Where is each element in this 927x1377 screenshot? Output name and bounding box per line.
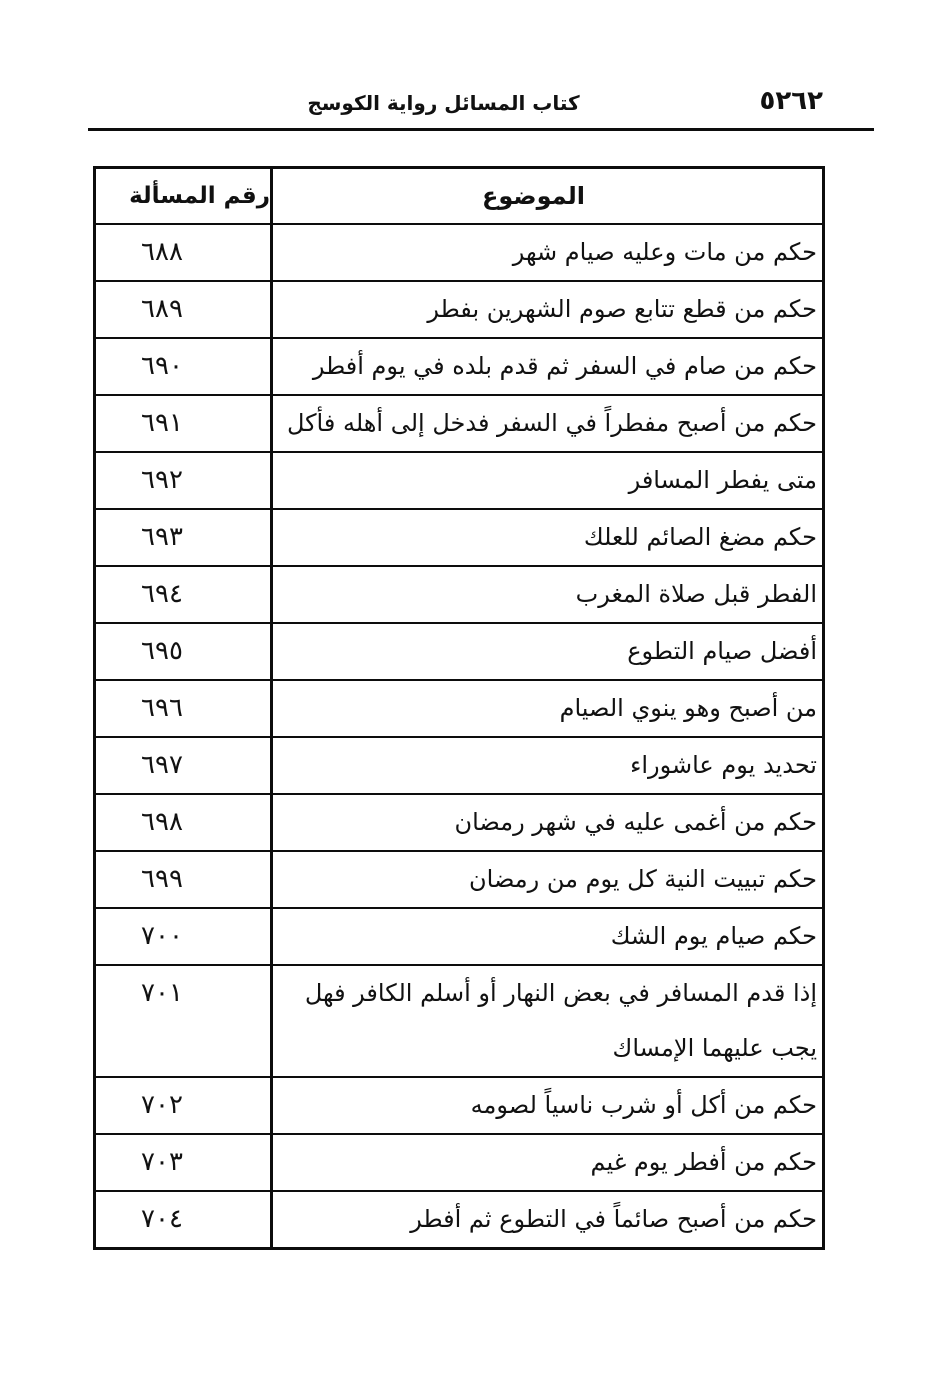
- issue-topic: حكم من أغمى عليه في شهر رمضان: [273, 795, 822, 850]
- issue-topic: حكم من صام في السفر ثم قدم بلده في يوم أ…: [273, 339, 822, 394]
- issue-topic: الفطر قبل صلاة المغرب: [273, 567, 822, 622]
- table-row: ٧٠٣ حكم من أفطر يوم غيم: [96, 1133, 822, 1190]
- table-row: ٧٠٢ حكم من أكل أو شرب ناسياً لصومه: [96, 1076, 822, 1133]
- table-row: ٦٩١ حكم من أصبح مفطراً في السفر فدخل إلى…: [96, 394, 822, 451]
- issue-number: ٦٩٧: [96, 738, 273, 793]
- issue-number: ٦٩٥: [96, 624, 273, 679]
- table-row: ٦٩٠ حكم من صام في السفر ثم قدم بلده في ي…: [96, 337, 822, 394]
- table-row: ٦٩٤ الفطر قبل صلاة المغرب: [96, 565, 822, 622]
- issue-number: ٦٩١: [96, 396, 273, 451]
- toc-table: رقم المسألة الموضوع ٦٨٨ حكم من مات وعليه…: [93, 166, 825, 1250]
- issue-number: ٧٠٠: [96, 909, 273, 964]
- issue-number: ٦٩٤: [96, 567, 273, 622]
- issue-number: ٧٠٤: [96, 1192, 273, 1247]
- issue-number: ٦٨٨: [96, 225, 273, 280]
- issue-number: ٦٩٩: [96, 852, 273, 907]
- table-row: ٦٩٩ حكم تبييت النية كل يوم من رمضان: [96, 850, 822, 907]
- issue-topic: حكم من أصبح مفطراً في السفر فدخل إلى أهل…: [273, 396, 822, 451]
- scanned-book-page: ٥٢٦٢ كتاب المسائل رواية الكوسج رقم المسأ…: [0, 0, 927, 1377]
- issue-topic: حكم تبييت النية كل يوم من رمضان: [273, 852, 822, 907]
- issue-topic: من أصبح وهو ينوي الصيام: [273, 681, 822, 736]
- issue-number: ٦٩٨: [96, 795, 273, 850]
- issue-number: ٦٩٠: [96, 339, 273, 394]
- column-header-topic: الموضوع: [273, 169, 822, 223]
- issue-topic: حكم من أفطر يوم غيم: [273, 1135, 822, 1190]
- table-row: ٧٠٤ حكم من أصبح صائماً في التطوع ثم أفطر: [96, 1190, 822, 1247]
- table-row: ٦٨٩ حكم من قطع تتابع صوم الشهرين بفطر: [96, 280, 822, 337]
- table-row: ٦٩٧ تحديد يوم عاشوراء: [96, 736, 822, 793]
- header-divider-rule: [88, 128, 874, 131]
- table-row: ٧٠٠ حكم صيام يوم الشك: [96, 907, 822, 964]
- issue-topic: حكم من قطع تتابع صوم الشهرين بفطر: [273, 282, 822, 337]
- book-title: كتاب المسائل رواية الكوسج: [0, 88, 887, 118]
- table-row: ٦٩٦ من أصبح وهو ينوي الصيام: [96, 679, 822, 736]
- table-header-row: رقم المسألة الموضوع: [96, 169, 822, 223]
- issue-number: ٧٠٢: [96, 1078, 273, 1133]
- issue-topic: حكم من أكل أو شرب ناسياً لصومه: [273, 1078, 822, 1133]
- issue-number: ٦٩٣: [96, 510, 273, 565]
- issue-number: ٦٩٢: [96, 453, 273, 508]
- table-row: ٧٠١ إذا قدم المسافر في بعض النهار أو أسل…: [96, 964, 822, 1076]
- column-header-issue-number: رقم المسألة: [96, 169, 273, 223]
- issue-topic: أفضل صيام التطوع: [273, 624, 822, 679]
- issue-topic: حكم من مات وعليه صيام شهر: [273, 225, 822, 280]
- table-row: ٦٨٨ حكم من مات وعليه صيام شهر: [96, 223, 822, 280]
- issue-topic: متى يفطر المسافر: [273, 453, 822, 508]
- issue-topic: إذا قدم المسافر في بعض النهار أو أسلم ال…: [273, 966, 822, 1076]
- issue-topic: حكم من أصبح صائماً في التطوع ثم أفطر: [273, 1192, 822, 1247]
- issue-topic: حكم صيام يوم الشك: [273, 909, 822, 964]
- issue-number: ٦٩٦: [96, 681, 273, 736]
- issue-topic: تحديد يوم عاشوراء: [273, 738, 822, 793]
- issue-number: ٦٨٩: [96, 282, 273, 337]
- table-row: ٦٩٢ متى يفطر المسافر: [96, 451, 822, 508]
- issue-topic: حكم مضغ الصائم للعلك: [273, 510, 822, 565]
- issue-number: ٧٠٣: [96, 1135, 273, 1190]
- table-row: ٦٩٣ حكم مضغ الصائم للعلك: [96, 508, 822, 565]
- table-row: ٦٩٨ حكم من أغمى عليه في شهر رمضان: [96, 793, 822, 850]
- table-row: ٦٩٥ أفضل صيام التطوع: [96, 622, 822, 679]
- issue-number: ٧٠١: [96, 966, 273, 1076]
